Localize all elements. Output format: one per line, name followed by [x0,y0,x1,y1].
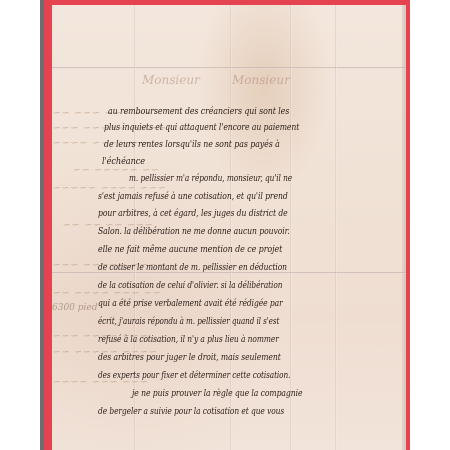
fold-line-vertical [335,5,337,450]
letter-line: plus inquiets et qui attaquent l'encore … [104,122,299,133]
faded-heading-left: Monsieur [142,73,200,87]
letter-paper: Monsieur Monsieur ~~ ~~~ ~~~ ~~ ~~~~ ~~~… [52,5,406,450]
letter-line: elle ne fait même aucune mention de ce p… [98,244,282,255]
margin-note: 6300 pied [52,303,98,313]
letter-line: qui a été prise verbalement avait été ré… [98,298,283,309]
paper-edge [402,5,406,450]
letter-line: des arbitres pour juger le droit, mais s… [98,352,281,363]
letter-line: je ne puis prouver la règle que la compa… [132,388,302,399]
letter-line: m. pellissier m'a répondu, monsieur, qu'… [129,173,292,184]
letter-line: des experts pour fixer et déterminer cet… [98,370,290,381]
letter-line: pour arbitres, à cet égard, les juges du… [98,208,288,219]
letter-line: écrit, j'aurais répondu à m. pellissier … [98,316,279,327]
letter-line: refusé à la cotisation, il n'y a plus li… [98,334,279,345]
letter-line: de cotiser le montant de m. pellissier e… [98,262,287,273]
letter-line: de bergeler a suivie pour la cotisation … [98,406,284,417]
letter-line: Salon. la délibération ne me donne aucun… [98,226,290,237]
letter-line: de leurs rentes lorsqu'ils ne sont pas p… [104,139,280,150]
faded-heading-right: Monsieur [232,73,290,87]
letter-line: l'échéance [102,156,145,167]
fold-line-horizontal [52,67,406,69]
letter-line: s'est jamais refusé à une cotisation, et… [98,191,288,202]
letter-line: de la cotisation de celui d'olivier. si … [98,280,282,291]
fold-line-vertical [290,5,292,450]
letter-line: au remboursement des créanciers qui sont… [108,106,289,117]
